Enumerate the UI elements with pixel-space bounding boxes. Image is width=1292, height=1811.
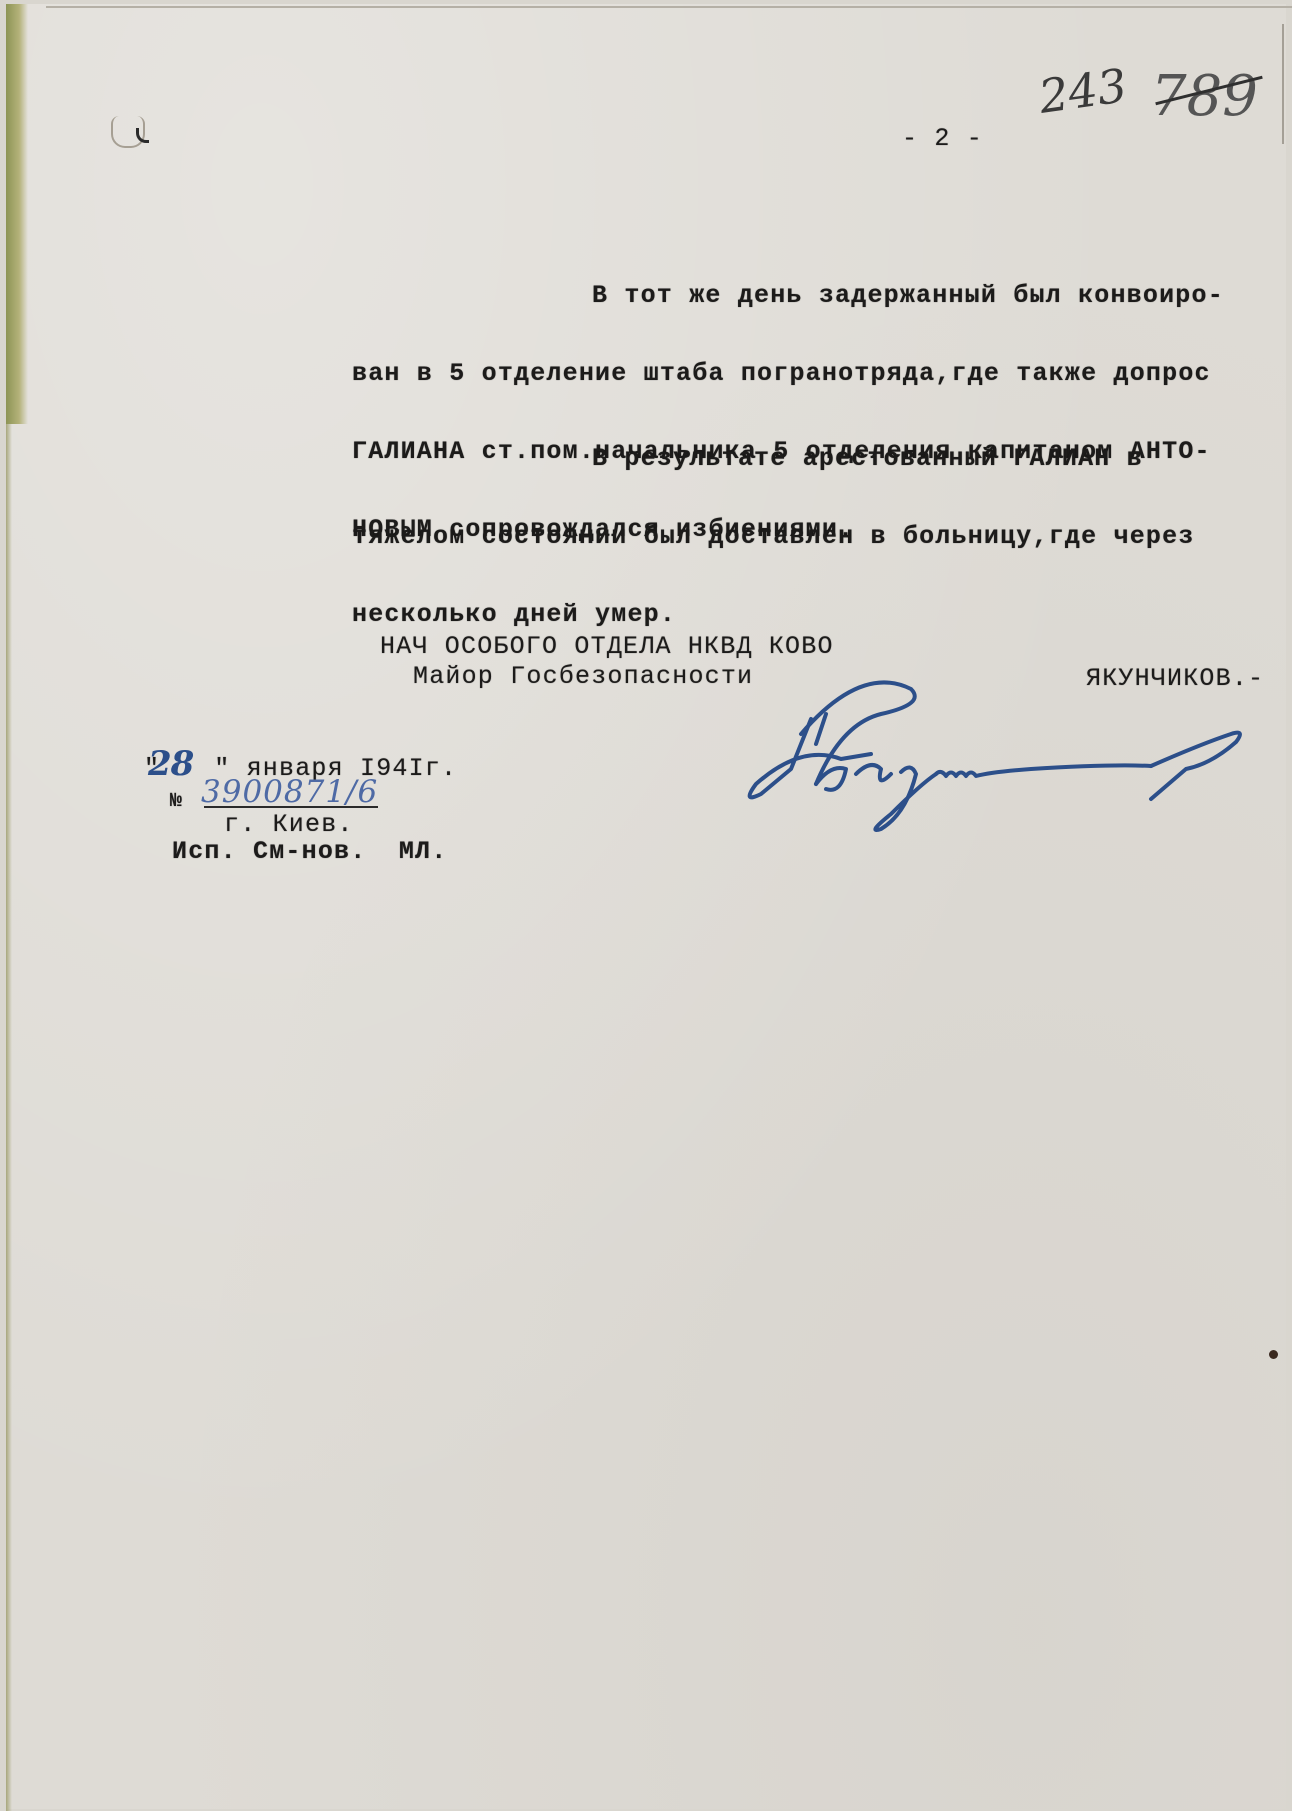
number-sign: № xyxy=(170,789,183,815)
page-number: - 2 - xyxy=(902,126,983,152)
handwritten-signature xyxy=(731,674,1261,854)
archive-folio-number: 243 xyxy=(1036,58,1130,124)
city: г. Киев. xyxy=(224,812,354,838)
archive-folio-crossed-out: 789 xyxy=(1151,64,1258,129)
date-quote-open: " xyxy=(144,754,160,783)
paragraph-line: В результате арестованный ГАЛИАН в xyxy=(352,446,1195,472)
binding-edge xyxy=(6,4,28,424)
paragraph-line: несколько дней умер. xyxy=(352,602,1195,628)
registration-underline xyxy=(204,806,378,808)
paragraph-line: тяжелом состоянии был доставлен в больни… xyxy=(352,524,1195,550)
document-page: 243 789 - 2 - В тот же день задержанный … xyxy=(6,4,1286,1809)
top-edge-line xyxy=(46,6,1292,8)
signatory-rank: Майор Госбезопасности xyxy=(413,664,753,690)
executor-initials: Исп. См-нов. МЛ. xyxy=(172,839,447,865)
paragraph-line: ван в 5 отделение штаба погранотряда,где… xyxy=(352,361,1224,387)
ink-spot xyxy=(1269,1350,1278,1359)
right-edge-line xyxy=(1282,24,1284,144)
registration-number-handwritten: 3900871/6 xyxy=(201,774,378,810)
signatory-title: НАЧ ОСОБОГО ОТДЕЛА НКВД КОВО xyxy=(380,634,834,660)
binding-edge-lower xyxy=(6,424,12,1811)
paragraph-line: В тот же день задержанный был конвоиро- xyxy=(352,283,1224,309)
